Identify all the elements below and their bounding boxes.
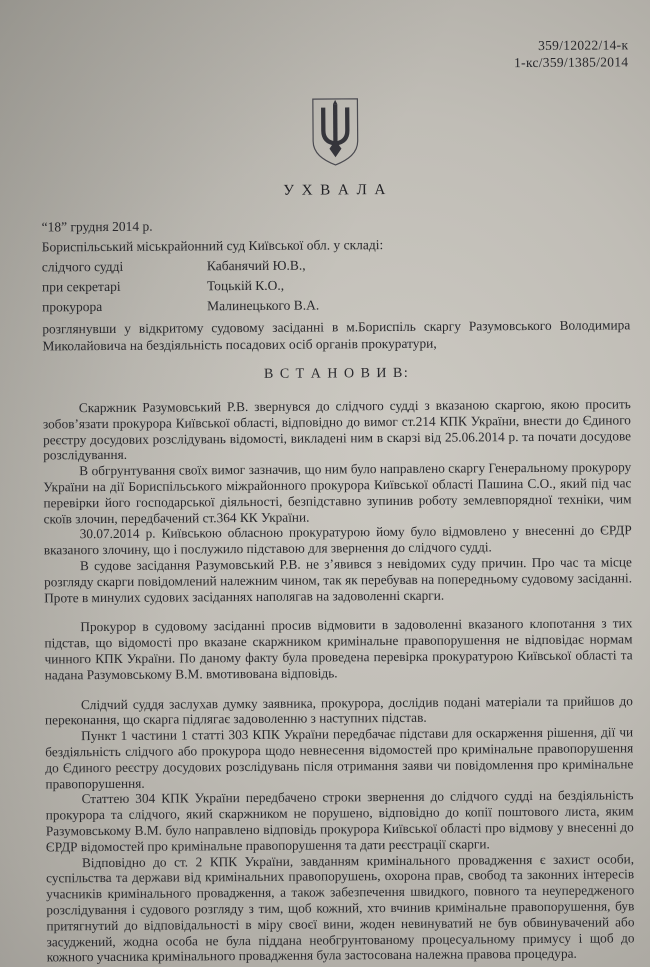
composition-role: при секретарі (42, 276, 207, 297)
document-photo: 359/12022/14-к 1-кс/359/1385/2014 У Х В … (0, 0, 650, 967)
composition-name: Малинецького В.А. (207, 296, 319, 317)
case-number-registry: 1-кс/359/1385/2014 (40, 53, 628, 74)
composition-role: прокурора (42, 296, 207, 317)
court-ruling-page: 359/12022/14-к 1-кс/359/1385/2014 У Х В … (0, 0, 650, 967)
composition-name: Тоцькій К.О., (207, 276, 284, 297)
body-paragraph-9: Відповідно до ст. 2 КПК України, завданн… (46, 851, 635, 966)
ukraine-trident-emblem-icon (41, 94, 629, 170)
body-paragraph-6: Слідчий суддя заслухав думку заявника, п… (45, 693, 633, 729)
considered-paragraph: розглянувши у відкритому судовому засіда… (42, 317, 630, 354)
document-header: “18” грудня 2014 р. Бориспільський міськ… (42, 213, 631, 317)
composition-row: прокурора Малинецького В.А. (42, 293, 630, 317)
body-paragraph-7: Пункт 1 частини 1 статті 303 КПК України… (45, 724, 633, 791)
document-title: У Х В А Л А (41, 180, 629, 201)
body-paragraph-3: 30.07.2014 р. Київською обласною прокура… (44, 523, 632, 559)
body-paragraph-4: В судове засідання Разумовський Р.В. не … (44, 554, 632, 605)
case-numbers: 359/12022/14-к 1-кс/359/1385/2014 (40, 36, 628, 74)
established-heading: В С Т А Н О В И В: (43, 364, 631, 384)
body-paragraph-5: Прокурор в судовому засіданні просив від… (44, 616, 632, 683)
body-paragraph-1: Скаржник Разумовський Р.В. звернувся до … (43, 396, 631, 463)
body-paragraph-8: Статтею 304 КПК України передбачено стро… (46, 788, 634, 855)
composition-role: слідчого судді (42, 256, 207, 277)
composition-name: Кабанячий Ю.В., (207, 256, 306, 277)
body-paragraph-2: В обгрунтування своїх вимог зазначив, що… (43, 460, 631, 527)
ruling-body: Скаржник Разумовський Р.В. звернувся до … (43, 396, 635, 965)
